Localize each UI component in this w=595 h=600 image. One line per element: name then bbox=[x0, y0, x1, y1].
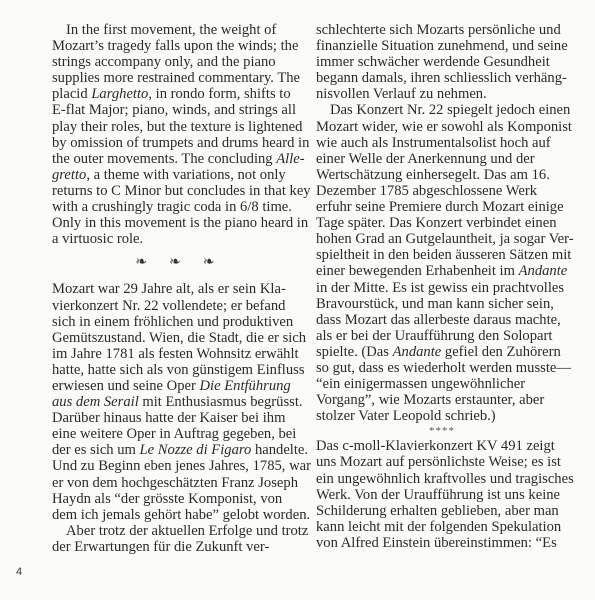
text-line: stolzer Vater Leopold schrieb.) bbox=[316, 408, 568, 424]
german-paragraph-1: Mozart war 29 Jahre alt, als er sein Kla… bbox=[52, 281, 298, 522]
text-line: returns to C Minor but concludes in that… bbox=[52, 183, 298, 199]
text-line: gretto, a theme with variations, not onl… bbox=[52, 167, 298, 183]
text-line: wie auch als Instrumentalsolist hoch auf bbox=[316, 135, 568, 151]
text-line: von Alfred Einstein übereinstimmen: “Es bbox=[316, 535, 568, 551]
text-line: ein ungewöhnlich kraftvolles und tragisc… bbox=[316, 471, 568, 487]
page-number: 4 bbox=[16, 566, 22, 578]
heart-fleuron-icon: ❧ bbox=[203, 255, 215, 271]
text-line: kann leicht mit der folgenden Spekulatio… bbox=[316, 519, 568, 535]
text-line: Dezember 1785 abgeschlossene Werk bbox=[316, 183, 568, 199]
text-line: Only in this movement is the piano heard… bbox=[52, 215, 298, 231]
heart-fleuron-icon: ❧ bbox=[135, 255, 147, 271]
text-line: der Erwartungen für die Zukunft ver- bbox=[52, 539, 298, 555]
text-line: Das Konzert Nr. 22 spiegelt jedoch einen bbox=[316, 102, 568, 118]
ornament-divider: ❧❧❧ bbox=[52, 255, 298, 271]
text-line: E-flat Major; piano, winds, and strings … bbox=[52, 102, 298, 118]
text-line: Mozart war 29 Jahre alt, als er sein Kla… bbox=[52, 281, 298, 297]
text-line: the outer movements. The concluding Alle… bbox=[52, 151, 298, 167]
text-line: dem ich jemals gehört habe” gelobt worde… bbox=[52, 507, 298, 523]
text-line: Schilderung erhalten geblieben, aber man bbox=[316, 503, 568, 519]
konzert-22-paragraph: Das Konzert Nr. 22 spiegelt jedoch einen… bbox=[316, 102, 568, 424]
text-line: In the first movement, the weight of bbox=[52, 22, 298, 38]
text-line: a virtuosic role. bbox=[52, 231, 298, 247]
text-line: immer schwächer werdende Gesundheit bbox=[316, 54, 568, 70]
text-line: Wertschätzung einhersegelt. Das am 16. bbox=[316, 167, 568, 183]
right-column: schlechterte sich Mozarts persönliche un… bbox=[316, 22, 568, 551]
text-line: sich in einem fröhlichen und produktiven bbox=[52, 314, 298, 330]
text-line: erwiesen und seine Oper Die Entführung bbox=[52, 378, 298, 394]
text-line: Mozart wider, wie er sowohl als Komponis… bbox=[316, 119, 568, 135]
text-line: “ein einigermassen ungewöhnlicher bbox=[316, 376, 568, 392]
text-line: erfuhr seine Premiere durch Mozart einig… bbox=[316, 199, 568, 215]
english-paragraph: In the first movement, the weight ofMoza… bbox=[52, 22, 298, 247]
text-line: so gut, dass es wiederholt werden musste… bbox=[316, 360, 568, 376]
text-line: Aber trotz der aktuellen Erfolge und tro… bbox=[52, 523, 298, 539]
text-line: play their roles, but the texture is lig… bbox=[52, 119, 298, 135]
kv491-paragraph: Das c-moll-Klavierkonzert KV 491 zeigtun… bbox=[316, 438, 568, 551]
text-line: by omission of trumpets and drums heard … bbox=[52, 135, 298, 151]
text-line: einer Welle der Anerkennung und der bbox=[316, 151, 568, 167]
text-line: Werk. Von der Uraufführung ist uns keine bbox=[316, 487, 568, 503]
text-line: einer bewegenden Erhabenheit im Andante bbox=[316, 263, 568, 279]
text-line: schlechterte sich Mozarts persönliche un… bbox=[316, 22, 568, 38]
text-line: Gemütszustand. Wien, die Stadt, die er s… bbox=[52, 330, 298, 346]
text-line: in der Mitte. Es ist gewiss ein prachtvo… bbox=[316, 280, 568, 296]
text-line: spielte. (Das Andante gefiel den Zuhörer… bbox=[316, 344, 568, 360]
text-line: hohen Grad an Gutgelauntheit, ja sogar V… bbox=[316, 231, 568, 247]
text-line: Und zu Beginn eben jenes Jahres, 1785, w… bbox=[52, 458, 298, 474]
left-column: In the first movement, the weight ofMoza… bbox=[52, 22, 298, 555]
text-line: nisvollen Verlauf zu nehmen. bbox=[316, 86, 568, 102]
text-line: Vorgang”, wie Mozarts erstaunter, aber bbox=[316, 392, 568, 408]
text-line: dass Mozart das allerbeste daraus machte… bbox=[316, 312, 568, 328]
text-line: der es sich um Le Nozze di Figaro handel… bbox=[52, 442, 298, 458]
text-line: vierkonzert Nr. 22 vollendete; er befand bbox=[52, 298, 298, 314]
text-line: Das c-moll-Klavierkonzert KV 491 zeigt bbox=[316, 438, 568, 454]
heart-fleuron-icon: ❧ bbox=[169, 255, 181, 271]
text-line: Haydn als “der grösste Komponist, von bbox=[52, 491, 298, 507]
text-line: im Jahre 1781 als festen Wohnsitz erwähl… bbox=[52, 346, 298, 362]
text-line: Darüber hinaus hatte der Kaiser bei ihm bbox=[52, 410, 298, 426]
text-line: Tage später. Das Konzert verbindet einen bbox=[316, 215, 568, 231]
text-line: eine weitere Oper in Auftrag gegeben, be… bbox=[52, 426, 298, 442]
text-line: supplies more restrained commentary. The bbox=[52, 70, 298, 86]
german-paragraph-2: Aber trotz der aktuellen Erfolge und tro… bbox=[52, 523, 298, 555]
section-break: **** bbox=[316, 424, 568, 438]
text-line: aus dem Serail mit Enthusiasmus begrüsst… bbox=[52, 394, 298, 410]
text-line: finanzielle Situation zunehmend, und sei… bbox=[316, 38, 568, 54]
text-line: als er bei der Uraufführung den Solopart bbox=[316, 328, 568, 344]
text-line: spieltheit in den beiden äusseren Sätzen… bbox=[316, 247, 568, 263]
text-line: Mozart’s tragedy falls upon the winds; t… bbox=[52, 38, 298, 54]
text-line: strings accompany only, and the piano bbox=[52, 54, 298, 70]
continuation-paragraph: schlechterte sich Mozarts persönliche un… bbox=[316, 22, 568, 102]
text-line: placid Larghetto, in rondo form, shifts … bbox=[52, 86, 298, 102]
text-line: er von dem hochgeschätzten Franz Joseph bbox=[52, 475, 298, 491]
text-line: with a crushingly tragic coda in 6/8 tim… bbox=[52, 199, 298, 215]
text-line: hatte, hatte sich als von günstigem Einf… bbox=[52, 362, 298, 378]
text-line: begann damals, ihren schliesslich verhän… bbox=[316, 70, 568, 86]
text-line: uns Mozart auf persönlichste Weise; es i… bbox=[316, 454, 568, 470]
text-line: Bravourstück, und man kann sicher sein, bbox=[316, 296, 568, 312]
